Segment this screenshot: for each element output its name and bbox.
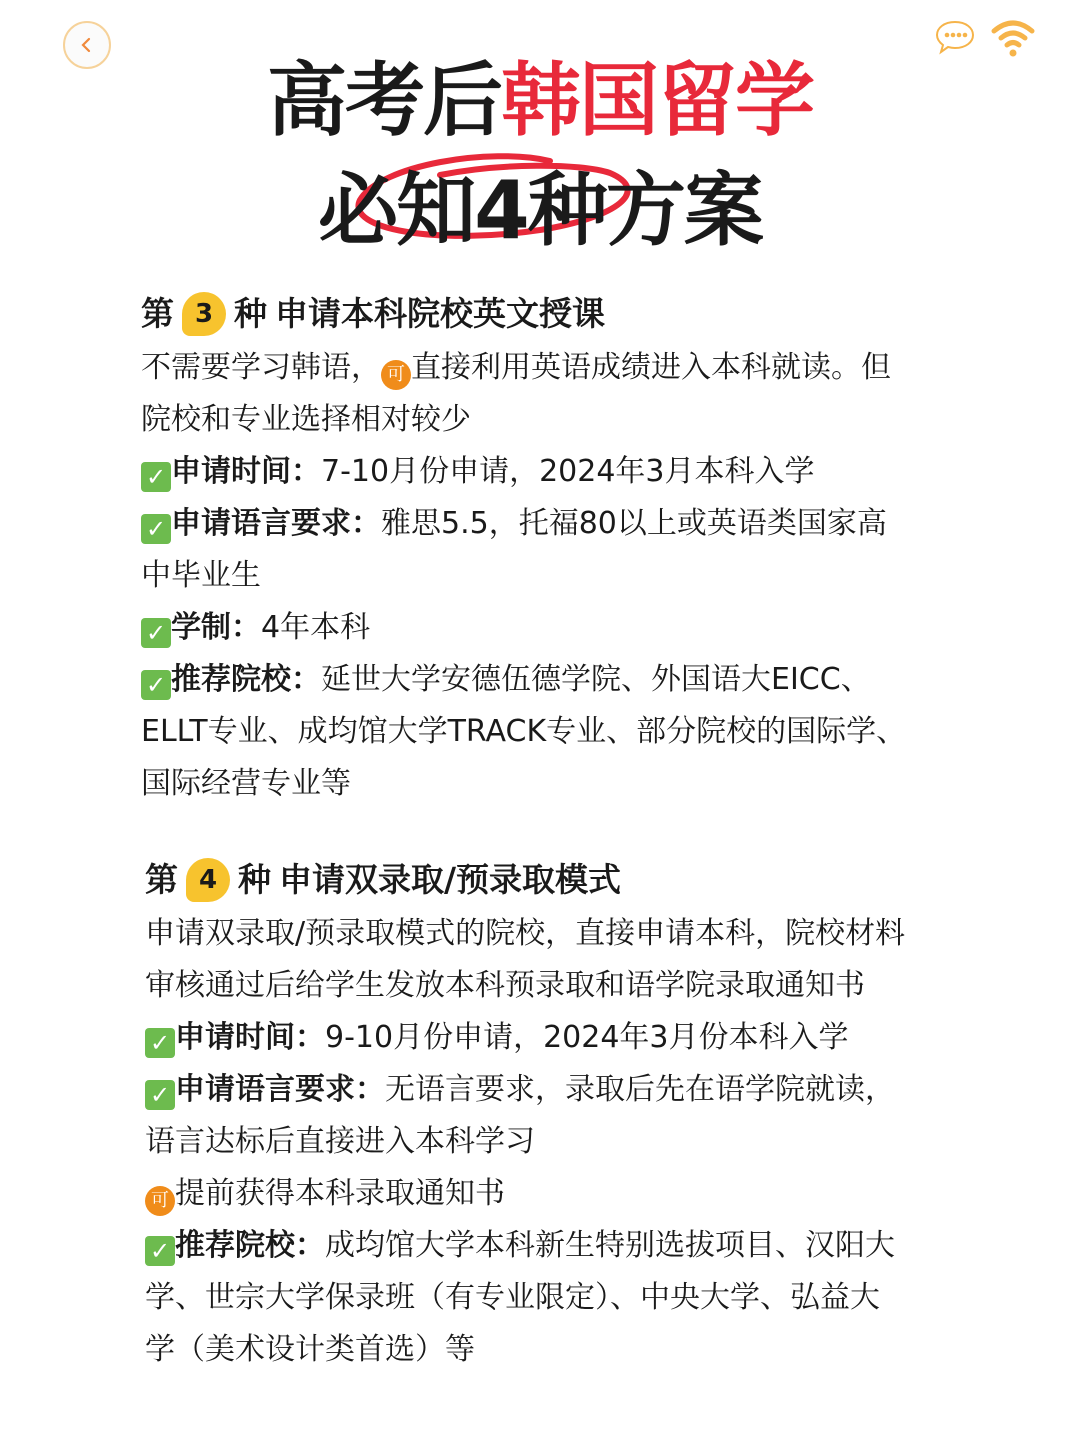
check-icon: ✓ bbox=[145, 1080, 175, 1110]
title-line-1: 高考后韩国留学 bbox=[0, 56, 1080, 146]
text: 种 bbox=[238, 856, 271, 904]
text: 延世大学安德伍德学院、外国语大EICC、 bbox=[321, 662, 871, 697]
wifi-icon bbox=[990, 18, 1036, 58]
text: 申请时间： bbox=[171, 454, 321, 489]
number-badge: 3 bbox=[182, 292, 226, 336]
text: 高考后 bbox=[267, 54, 501, 147]
text: 第 bbox=[141, 290, 174, 338]
text: 提前获得本科录取通知书 bbox=[175, 1176, 505, 1211]
check-icon: ✓ bbox=[141, 462, 171, 492]
section-4-heading: 第4种申请双录取/预录取模式 bbox=[145, 856, 985, 904]
section-3: 第3种申请本科院校英文授课 不需要学习韩语，可直接利用英语成绩进入本科就读。但 … bbox=[141, 290, 981, 810]
ke-icon: 可 bbox=[381, 360, 411, 390]
text: 申请本科院校英文授课 bbox=[275, 290, 605, 338]
check-icon: ✓ bbox=[141, 514, 171, 544]
text: 院校和专业选择相对较少 bbox=[141, 394, 981, 446]
text: 申请时间： bbox=[175, 1020, 325, 1055]
text: ELLT专业、成均馆大学TRACK专业、部分院校的国际学、 bbox=[141, 706, 981, 758]
text: 学、世宗大学保录班（有专业限定）、中央大学、弘益大 bbox=[145, 1272, 985, 1324]
text: 9-10月份申请，2024年3月份本科入学 bbox=[325, 1020, 849, 1055]
text: 推荐院校： bbox=[175, 1228, 325, 1263]
text: 学（美术设计类首选）等 bbox=[145, 1324, 985, 1376]
text: 学制： bbox=[171, 610, 261, 645]
text: 无语言要求，录取后先在语学院就读， bbox=[385, 1072, 895, 1107]
top-icons bbox=[934, 18, 1036, 58]
text: 国际经营专业等 bbox=[141, 758, 981, 810]
text: 成均馆大学本科新生特别选拔项目、汉阳大 bbox=[325, 1228, 895, 1263]
chevron-left-icon bbox=[78, 36, 96, 54]
text: 推荐院校： bbox=[171, 662, 321, 697]
text: 4年本科 bbox=[261, 610, 370, 645]
text: 不需要学习韩语， bbox=[141, 350, 381, 385]
check-icon: ✓ bbox=[145, 1028, 175, 1058]
ke-icon: 可 bbox=[145, 1186, 175, 1216]
text: 雅思5.5，托福80以上或英语类国家高 bbox=[381, 506, 887, 541]
section-4: 第4种申请双录取/预录取模式 申请双录取/预录取模式的院校，直接申请本科，院校材… bbox=[145, 856, 985, 1376]
text: 直接利用英语成绩进入本科就读。但 bbox=[411, 350, 891, 385]
text: 种 bbox=[234, 290, 267, 338]
number-badge: 4 bbox=[186, 858, 230, 902]
section-3-heading: 第3种申请本科院校英文授课 bbox=[141, 290, 981, 338]
text: 语言达标后直接进入本科学习 bbox=[145, 1116, 985, 1168]
text: 申请语言要求： bbox=[175, 1072, 385, 1107]
text: 7-10月份申请，2024年3月本科入学 bbox=[321, 454, 815, 489]
check-icon: ✓ bbox=[141, 670, 171, 700]
text: 申请双录取/预录取模式 bbox=[279, 856, 621, 904]
text: 韩国留学 bbox=[501, 54, 813, 147]
title-line-2: 必知4种方案 bbox=[0, 166, 1080, 256]
text: 申请语言要求： bbox=[171, 506, 381, 541]
check-icon: ✓ bbox=[141, 618, 171, 648]
text: 审核通过后给学生发放本科预录取和语学院录取通知书 bbox=[145, 960, 985, 1012]
check-icon: ✓ bbox=[145, 1236, 175, 1266]
text: 第 bbox=[145, 856, 178, 904]
text: 申请双录取/预录取模式的院校，直接申请本科，院校材料 bbox=[145, 908, 985, 960]
chat-bubble-icon[interactable] bbox=[934, 19, 976, 57]
text: 中毕业生 bbox=[141, 550, 981, 602]
